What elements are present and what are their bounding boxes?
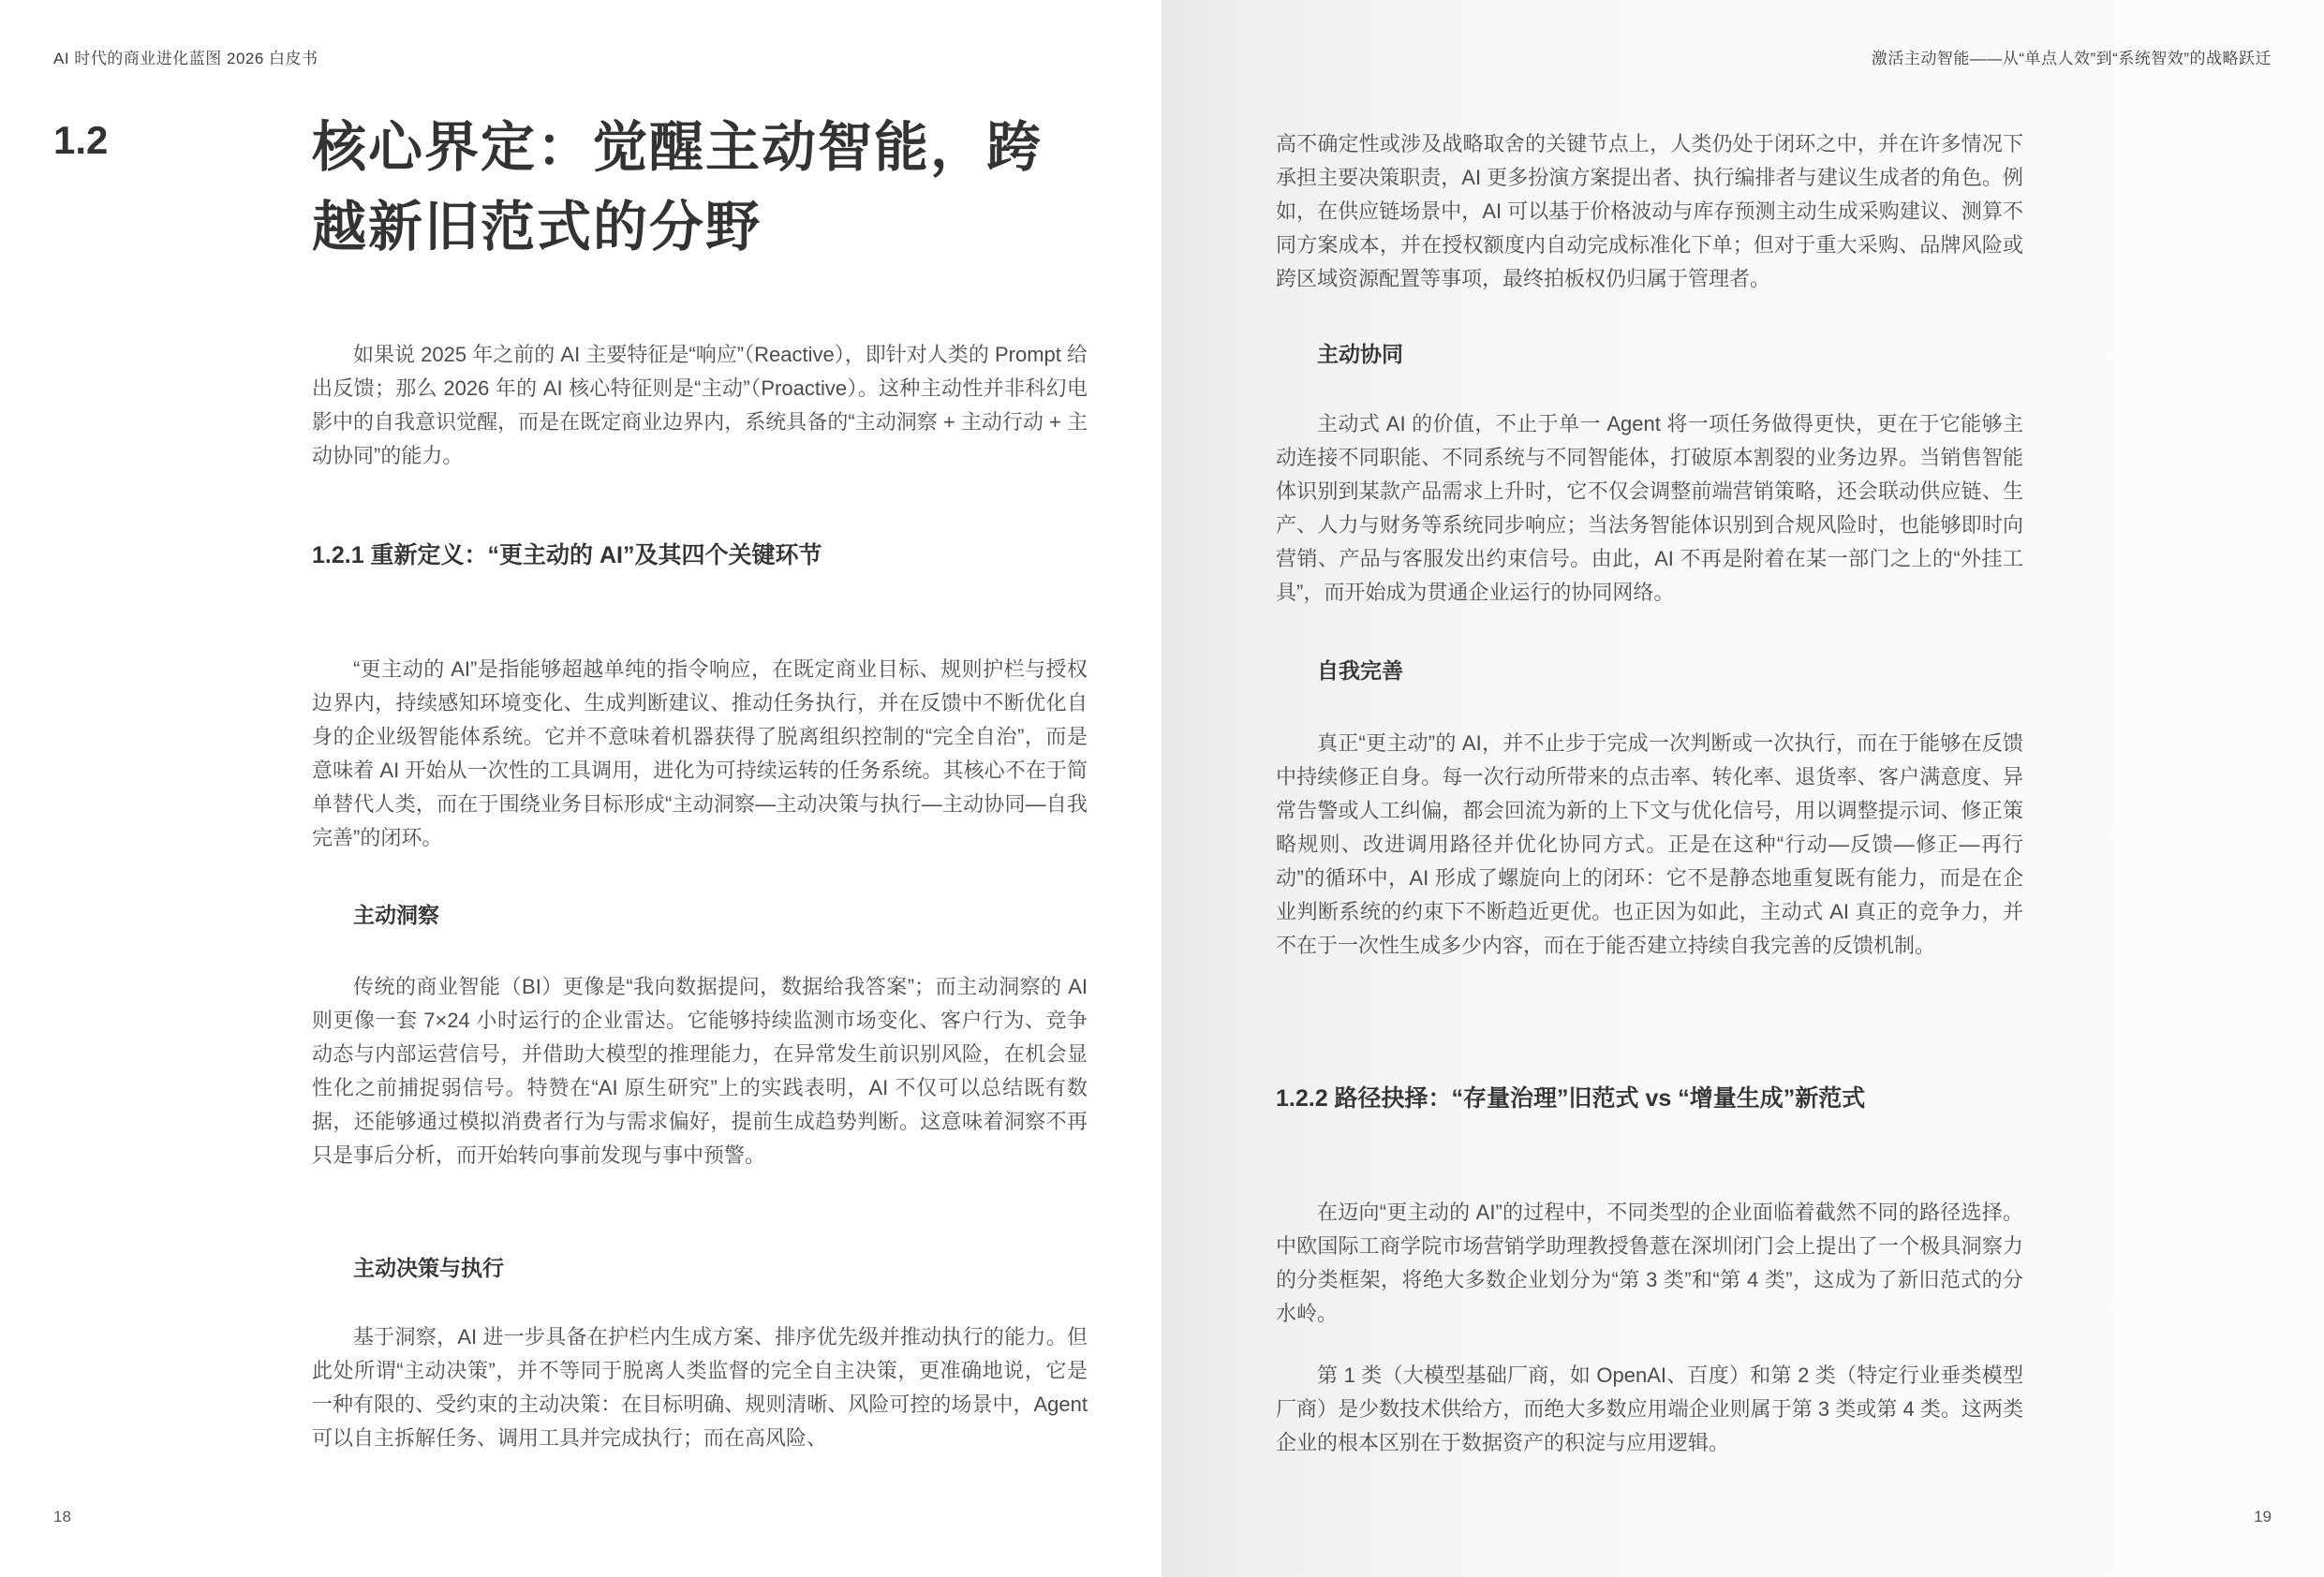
- paragraph-path-choice: 在迈向“更主动的 AI”的过程中，不同类型的企业面临着截然不同的路径选择。中欧国…: [1276, 1196, 2023, 1331]
- page-title-line-1: 核心界定：觉醒主动智能，跨: [312, 108, 1099, 187]
- paragraph-proactive-ai-definition: “更主动的 AI”是指能够超越单纯的指令响应，在既定商业目标、规则护栏与授权边界…: [312, 653, 1088, 855]
- section-heading-1-2-1: 1.2.1 重新定义：“更主动的 AI”及其四个关键环节: [312, 540, 1088, 570]
- page-title: 核心界定：觉醒主动智能，跨 越新旧范式的分野: [312, 108, 1099, 267]
- page-number-left: 18: [53, 1508, 71, 1526]
- page-title-line-2: 越新旧范式的分野: [312, 187, 1099, 267]
- paragraph-decision-continuation: 高不确定性或涉及战略取舍的关键节点上，人类仍处于闭环之中，并在许多情况下承担主要…: [1276, 127, 2023, 296]
- paragraph-proactive-collaboration: 主动式 AI 的价值，不止于单一 Agent 将一项任务做得更快，更在于它能够主…: [1276, 407, 2023, 610]
- subheading-self-improvement: 自我完善: [1276, 656, 2065, 685]
- page-number-right: 19: [2254, 1508, 2272, 1526]
- subheading-proactive-decision: 主动决策与执行: [312, 1254, 1129, 1282]
- section-number: 1.2: [53, 118, 108, 163]
- intro-paragraph: 如果说 2025 年之前的 AI 主要特征是“响应”（Reactive），即针对…: [312, 338, 1088, 473]
- subheading-proactive-insight: 主动洞察: [312, 901, 1129, 929]
- running-header-left: AI 时代的商业进化蓝图 2026 白皮书: [53, 49, 318, 69]
- paragraph-company-categories: 第 1 类（大模型基础厂商，如 OpenAI、百度）和第 2 类（特定行业垂类模…: [1276, 1359, 2023, 1460]
- subheading-proactive-collaboration: 主动协同: [1276, 340, 2065, 368]
- running-header-right: 激活主动智能——从“单点人效”到“系统智效”的战略跃迁: [1872, 49, 2272, 69]
- section-heading-1-2-2: 1.2.2 路径抉择：“存量治理”旧范式 vs “增量生成”新范式: [1276, 1083, 2051, 1113]
- paragraph-self-improvement: 真正“更主动”的 AI，并不止步于完成一次判断或一次执行，而在于能够在反馈中持续…: [1276, 727, 2023, 963]
- paragraph-proactive-decision: 基于洞察，AI 进一步具备在护栏内生成方案、排序优先级并推动执行的能力。但此处所…: [312, 1320, 1088, 1455]
- paragraph-proactive-insight: 传统的商业智能（BI）更像是“我向数据提问，数据给我答案”；而主动洞察的 AI …: [312, 970, 1088, 1172]
